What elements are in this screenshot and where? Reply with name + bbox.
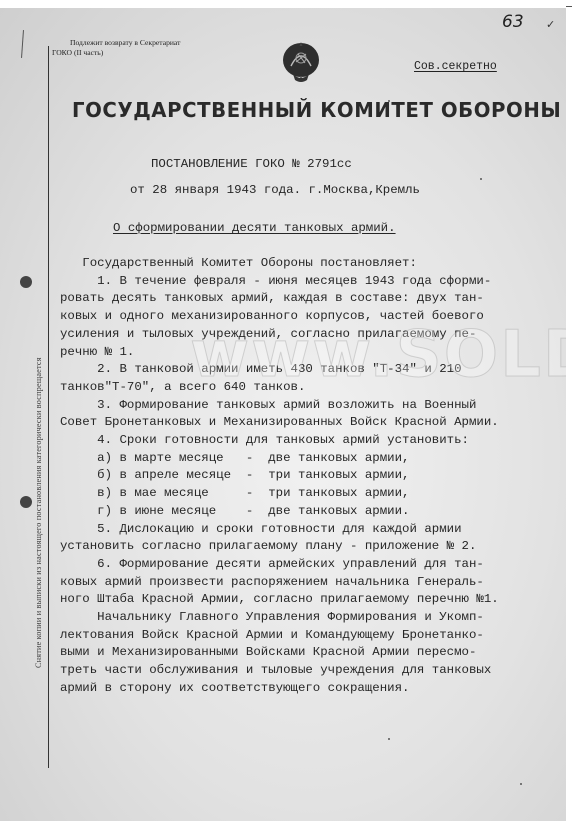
body-line: 6. Формирование десяти армейских управле…: [60, 556, 550, 574]
body-line: армий в сторону их соответствующего сокр…: [60, 680, 550, 698]
body-line: 5. Дислокацию и сроки готовности для каж…: [60, 521, 550, 539]
body-line: Совет Бронетанковых и Механизированных В…: [60, 414, 550, 432]
organization-title: ГОСУДАРСТВЕННЫЙ КОМИТЕТ ОБОРОНЫ: [72, 98, 542, 122]
decree-number: ПОСТАНОВЛЕНИЕ ГОКО № 2791сс: [151, 156, 352, 174]
punch-hole: [20, 276, 32, 288]
body-line: 1. В течение февраля - июня месяцев 1943…: [60, 273, 550, 291]
body-line: 3. Формирование танковых армий возложить…: [60, 397, 550, 415]
body-line: 2. В танковой армии иметь 430 танков "Т-…: [60, 361, 550, 379]
body-line: Начальнику Главного Управления Формирова…: [60, 609, 550, 627]
margin-restriction-note: Снятие копии и выписки из настоящего пос…: [34, 357, 43, 668]
margin-rule: [48, 46, 49, 768]
body-line: Государственный Комитет Обороны постанов…: [60, 255, 550, 273]
check-mark: ✓: [546, 18, 555, 31]
body-line: г) в июне месяце - две танковых армии.: [60, 503, 550, 521]
scan-edge: [566, 0, 575, 821]
body-line: лектования Войск Красной Армии и Команду…: [60, 627, 550, 645]
body-line: треть части обслуживания и тыловые учреж…: [60, 662, 550, 680]
page-number: 63: [502, 12, 524, 32]
ussr-coat-of-arms-icon: [281, 40, 321, 86]
classification-stamp: Сов.секретно: [414, 60, 497, 73]
body-line: ковых армий произвести распоряжением нач…: [60, 574, 550, 592]
decree-body: Государственный Комитет Обороны постанов…: [60, 255, 550, 698]
return-note-line: Подлежит возврату в Секретариат: [52, 38, 180, 48]
body-line: установить согласно прилагаемому плану -…: [60, 538, 550, 556]
decree-subject: О сформировании десяти танковых армий.: [113, 220, 396, 238]
body-line: б) в апреле месяце - три танковых армии,: [60, 467, 550, 485]
body-line: речню № 1.: [60, 344, 550, 362]
body-line: усиления и тыловых учреждений, согласно …: [60, 326, 550, 344]
return-note: Подлежит возврату в Секретариат ГОКО (II…: [52, 38, 180, 58]
body-line: танков"Т-70", а всего 640 танков.: [60, 379, 550, 397]
body-line: ковых и одного механизированного корпусо…: [60, 308, 550, 326]
body-line: ровать десять танковых армий, каждая в с…: [60, 290, 550, 308]
body-line: а) в марте месяце - две танковых армии,: [60, 450, 550, 468]
body-line: в) в мае месяце - три танковых армии,: [60, 485, 550, 503]
body-line: выми и Механизированными Войсками Красно…: [60, 644, 550, 662]
body-line: 4. Сроки готовности для танковых армий у…: [60, 432, 550, 450]
document-page: Снятие копии и выписки из настоящего пос…: [0, 8, 566, 821]
return-note-line: ГОКО (II часть): [52, 48, 180, 58]
body-line: ного Штаба Красной Армии, согласно прила…: [60, 591, 550, 609]
decree-date: от 28 января 1943 года. г.Москва,Кремль: [130, 182, 420, 200]
pencil-mark: [21, 30, 24, 58]
punch-hole: [20, 496, 32, 508]
